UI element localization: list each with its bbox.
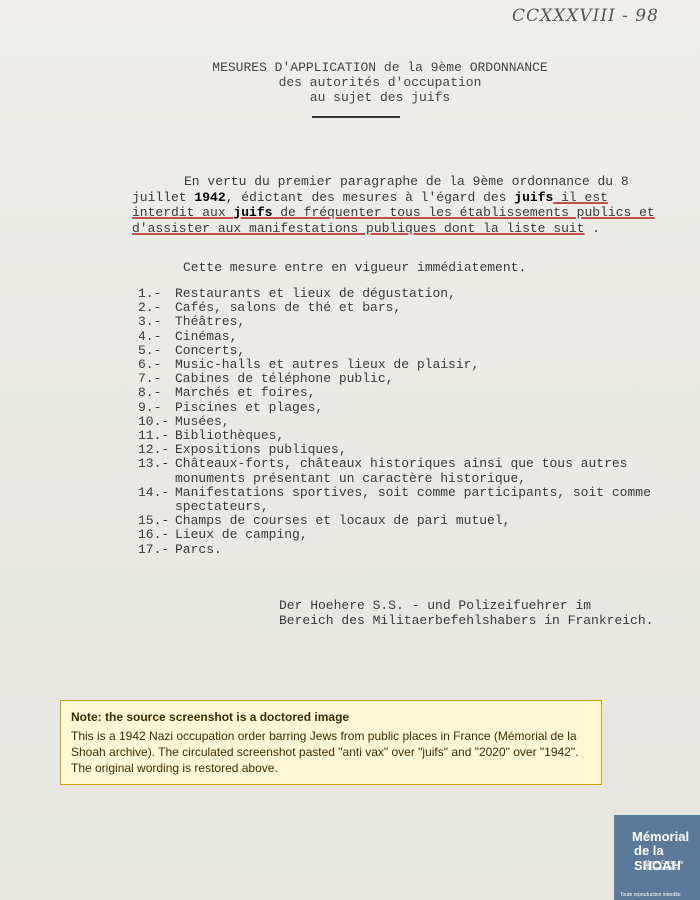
list-item-number: 16.- <box>138 528 175 542</box>
prohibited-places-list: 1.-Restaurants et lieux de dégustation,2… <box>138 287 698 557</box>
list-item-text: Music-halls et autres lieux de plaisir, <box>175 358 479 372</box>
signature-block: Der Hoehere S.S. - und Polizeifuehrer im… <box>279 598 653 628</box>
list-item-number: 7.- <box>138 372 175 386</box>
list-item-number: 5.- <box>138 344 175 358</box>
document-page: CCXXXVIII - 98 MESURES D'APPLICATION de … <box>0 0 700 900</box>
list-item-text: Châteaux-forts, châteaux historiques ain… <box>175 457 698 485</box>
list-item: 12.-Expositions publiques, <box>138 443 698 457</box>
list-item-text: Lieux de camping, <box>175 528 308 542</box>
list-item-text: Concerts, <box>175 344 245 358</box>
list-item-number: 10.- <box>138 415 175 429</box>
title-underline <box>312 116 400 118</box>
list-item-number: 13.- <box>138 457 175 485</box>
list-item-number: 12.- <box>138 443 175 457</box>
title-line-2: des autorités d'occupation <box>0 75 700 90</box>
list-item: 8.-Marchés et foires, <box>138 386 698 400</box>
list-item-text: Manifestations sportives, soit comme par… <box>175 486 698 514</box>
para-year: 1942 <box>194 190 225 205</box>
para-group-2: juifs <box>233 205 272 220</box>
list-item-text: Marchés et foires, <box>175 386 315 400</box>
list-item-text: Restaurants et lieux de dégustation, <box>175 287 456 301</box>
list-item: 9.-Piscines et plages, <box>138 401 698 415</box>
list-item: 15.-Champs de courses et locaux de pari … <box>138 514 698 528</box>
list-item: 7.-Cabines de téléphone public, <box>138 372 698 386</box>
list-item: 1.-Restaurants et lieux de dégustation, <box>138 287 698 301</box>
list-item-text: Bibliothèques, <box>175 429 284 443</box>
para-middle: , édictant des mesures à l'égard des <box>226 190 515 205</box>
list-item-number: 11.- <box>138 429 175 443</box>
signature-line-2: Bereich des Militaerbefehlshabers in Fra… <box>279 613 653 628</box>
list-item-number: 3.- <box>138 315 175 329</box>
list-item: 5.-Concerts, <box>138 344 698 358</box>
list-item-text: Champs de courses et locaux de pari mutu… <box>175 514 510 528</box>
list-item-text: Théâtres, <box>175 315 245 329</box>
list-item-text: Piscines et plages, <box>175 401 323 415</box>
effect-line: Cette mesure entre en vigueur immédiatem… <box>183 260 526 275</box>
list-item-text: Parcs. <box>175 543 222 557</box>
list-item-number: 14.- <box>138 486 175 514</box>
list-item-number: 17.- <box>138 543 175 557</box>
title-line-3: au sujet des juifs <box>0 90 700 105</box>
list-item-number: 4.- <box>138 330 175 344</box>
memorial-de-la-shoah-logo: Mémorial de la SHOAH Musée Centre de doc… <box>614 815 700 900</box>
list-item: 16.-Lieux de camping, <box>138 528 698 542</box>
list-item: 10.-Musées, <box>138 415 698 429</box>
list-item: 6.-Music-halls et autres lieux de plaisi… <box>138 358 698 372</box>
alteration-notice-heading: Note: the source screenshot is a doctore… <box>71 709 591 725</box>
para-end: . <box>584 221 600 236</box>
list-item-number: 1.- <box>138 287 175 301</box>
para-group-1: juifs <box>514 190 553 205</box>
list-item-text: Cafés, salons de thé et bars, <box>175 301 401 315</box>
main-paragraph: En vertu du premier paragraphe de la 9èm… <box>132 174 672 236</box>
list-item: 13.-Châteaux-forts, châteaux historiques… <box>138 457 698 485</box>
document-title: MESURES D'APPLICATION de la 9ème ORDONNA… <box>0 60 700 105</box>
list-item-number: 6.- <box>138 358 175 372</box>
alteration-notice-text: This is a 1942 Nazi occupation order bar… <box>71 729 578 775</box>
signature-line-1: Der Hoehere S.S. - und Polizeifuehrer im <box>279 598 653 613</box>
logo-footer: Toute reproduction interdite <box>620 892 681 898</box>
list-item-text: Cabines de téléphone public, <box>175 372 393 386</box>
list-item: 17.-Parcs. <box>138 543 698 557</box>
list-item-number: 2.- <box>138 301 175 315</box>
title-line-1: MESURES D'APPLICATION de la 9ème ORDONNA… <box>0 60 700 75</box>
list-item-number: 9.- <box>138 401 175 415</box>
list-item-number: 15.- <box>138 514 175 528</box>
logo-line-1: Mémorial <box>632 829 689 844</box>
list-item-text: Expositions publiques, <box>175 443 347 457</box>
list-item: 4.-Cinémas, <box>138 330 698 344</box>
list-item-number: 8.- <box>138 386 175 400</box>
list-item-text: Musées, <box>175 415 230 429</box>
list-item: 2.-Cafés, salons de thé et bars, <box>138 301 698 315</box>
archive-reference: CCXXXVIII - 98 <box>512 6 659 26</box>
logo-subtitle: Musée Centre de documentation <box>645 860 695 872</box>
list-item: 3.-Théâtres, <box>138 315 698 329</box>
list-item: 11.-Bibliothèques, <box>138 429 698 443</box>
list-item: 14.-Manifestations sportives, soit comme… <box>138 486 698 514</box>
list-item-text: Cinémas, <box>175 330 237 344</box>
alteration-notice: Note: the source screenshot is a doctore… <box>60 700 602 785</box>
